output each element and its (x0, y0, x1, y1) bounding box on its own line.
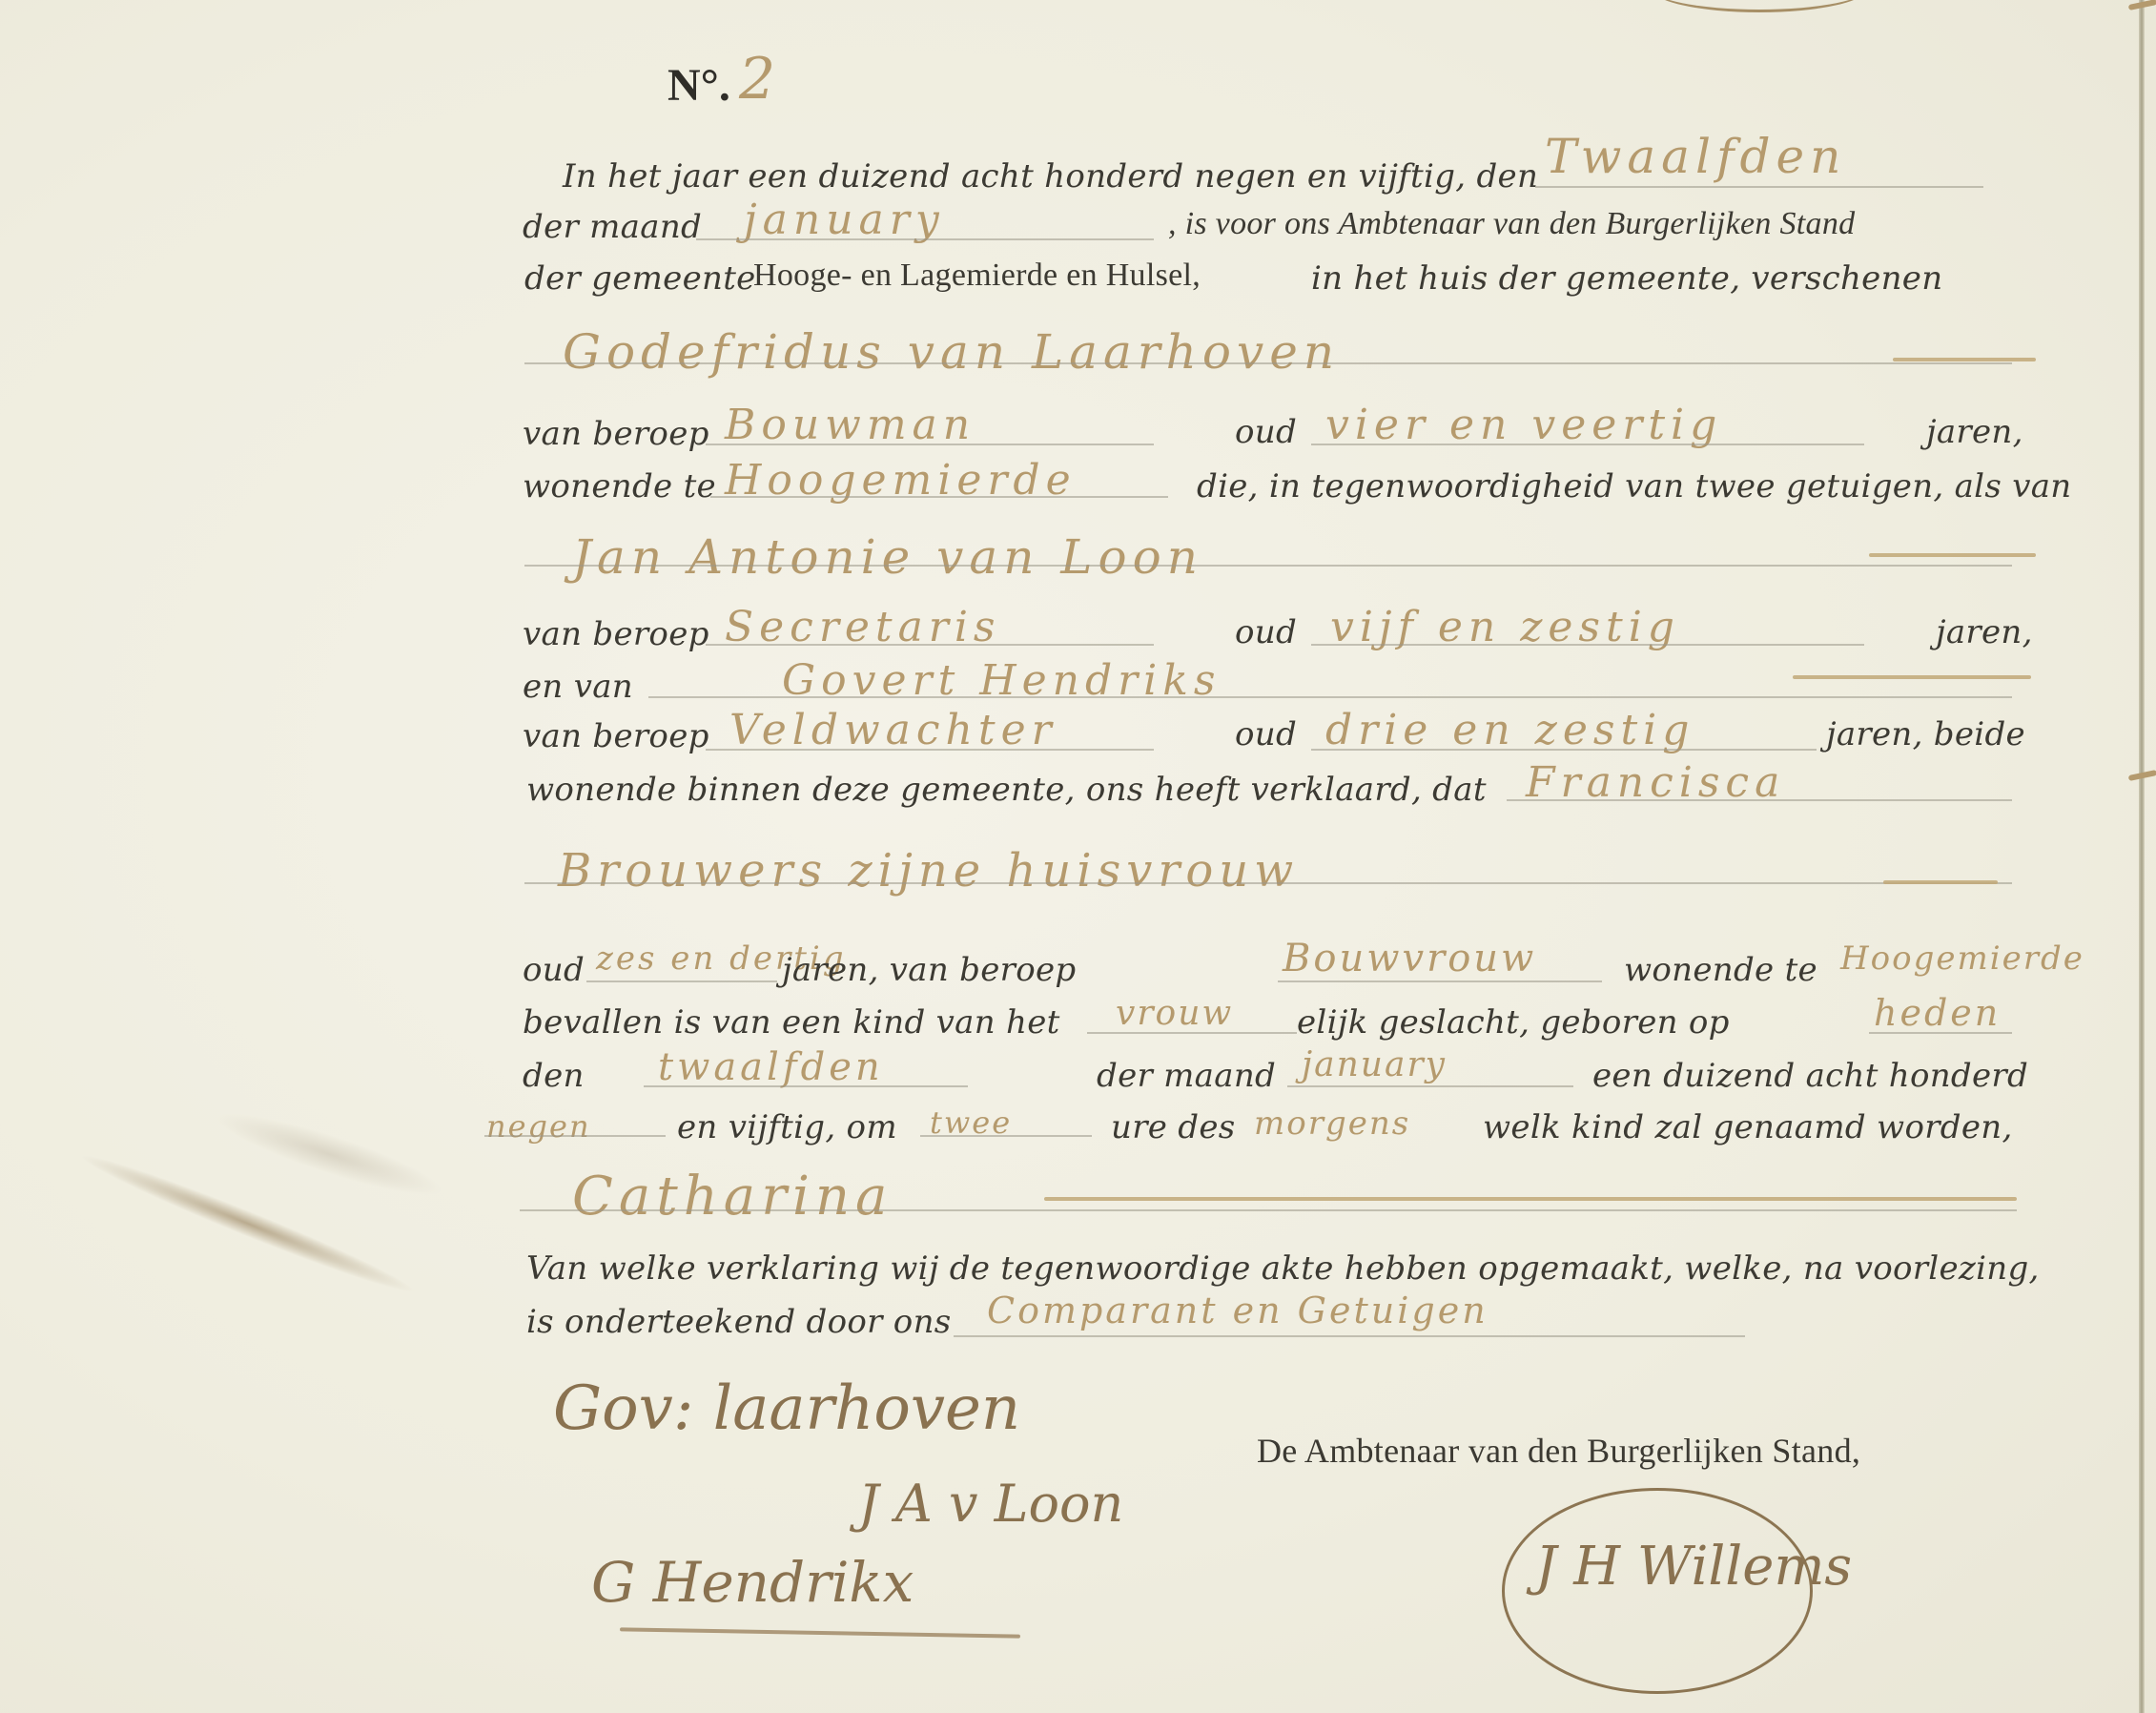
printed-text: oud (1235, 413, 1297, 451)
printed-text: jaren, (1936, 613, 2033, 651)
printed-text: die, in tegenwoordigheid van twee getuig… (1197, 467, 2071, 506)
printed-text: der maand (523, 208, 702, 246)
handwritten-mother-occupation: Bouwvrouw (1283, 937, 1536, 980)
printed-text: in het huis der gemeente, verschenen (1311, 259, 1942, 298)
record-number-label: N°. (667, 59, 730, 112)
fill-line (706, 444, 1154, 445)
handwritten-day: Twaalfden (1545, 129, 1846, 184)
ink-dash (1893, 358, 2036, 361)
ink-dash (1869, 553, 2036, 557)
handwritten-child-name: Catharina (572, 1166, 893, 1228)
fill-line (520, 1209, 2017, 1211)
signature-comparant: Gov: laarhoven (553, 1373, 1020, 1444)
fill-line (954, 1335, 1745, 1337)
handwritten-father-name: Godefridus van Laarhoven (563, 324, 1340, 380)
fill-line (524, 362, 2012, 364)
ink-dash (1793, 675, 2031, 679)
fill-line (710, 496, 1168, 498)
printed-text: welk kind zal genaamd worden, (1483, 1108, 2013, 1146)
fill-line (1311, 749, 1817, 751)
official-title: De Ambtenaar van den Burgerlijken Stand, (1257, 1431, 1860, 1471)
printed-text: wonende te (1624, 951, 1817, 989)
fill-line (648, 696, 2012, 698)
municipality-name: Hooge- en Lagemierde en Hulsel, (753, 258, 1201, 294)
printed-text: In het jaar een duizend acht honderd neg… (563, 157, 1538, 196)
handwritten-month: january (744, 196, 945, 244)
document-page: N°. 2 In het jaar een duizend acht honde… (0, 0, 2156, 1713)
signature-official: J H Willems (1535, 1536, 1852, 1598)
fill-line (1535, 186, 1983, 188)
signature-flourish (620, 1627, 1020, 1638)
handwritten-age: vier en veertig (1325, 401, 1722, 449)
handwritten-birth-day-ref: heden (1874, 992, 2001, 1034)
fill-line (1278, 980, 1602, 982)
binding-spine (2139, 0, 2145, 1713)
record-number-value: 2 (739, 46, 775, 113)
handwritten-mother-surname: Brouwers zijne huisvrouw (558, 844, 1299, 898)
ink-dash (1044, 1197, 2017, 1201)
printed-text: den (523, 1057, 585, 1095)
printed-text: oud (1235, 715, 1297, 753)
printed-text: oud (1235, 613, 1297, 651)
handwritten-witness-2-age: drie en zestig (1325, 706, 1694, 754)
printed-text: Van welke verklaring wij de tegenwoordig… (526, 1249, 2040, 1288)
ink-dash (1883, 880, 1998, 884)
handwritten-witness-1-name: Jan Antonie van Loon (572, 529, 1203, 585)
fill-line (1087, 1032, 1297, 1034)
printed-text: is onderteekend door ons (526, 1303, 952, 1341)
fill-line (696, 238, 1154, 240)
fill-line (1287, 1085, 1573, 1087)
handwritten-time-of-day: morgens (1254, 1104, 1410, 1143)
fill-line (1311, 644, 1864, 646)
handwritten-birth-month: january (1302, 1045, 1447, 1084)
printed-text: der maand (1097, 1057, 1276, 1095)
fill-line (706, 644, 1154, 646)
fill-line (644, 1085, 968, 1087)
signature-witness-1: J A v Loon (858, 1474, 1123, 1534)
printed-text: en van (523, 668, 633, 706)
printed-text: een duizend acht honderd (1592, 1057, 2028, 1095)
handwritten-mother-residence: Hoogemierde (1840, 939, 2084, 978)
fill-line (1869, 1032, 2012, 1034)
fill-line (920, 1135, 1092, 1137)
printed-text: , is voor ons Ambtenaar van den Burgerli… (1168, 206, 1855, 242)
handwritten-birth-day: twaalfden (658, 1045, 884, 1089)
fill-line (706, 749, 1154, 751)
fill-line (1311, 444, 1864, 445)
printed-text: jaren, beide (1826, 715, 2025, 753)
printed-text: wonende binnen deze gemeente, ons heeft … (526, 771, 1487, 809)
fill-line (524, 882, 2012, 884)
page-edge-flourish (1650, 0, 1869, 12)
printed-text: bevallen is van een kind van het (523, 1003, 1060, 1042)
signature-witness-2: G Hendrikx (591, 1550, 914, 1615)
printed-text: oud (523, 951, 585, 989)
printed-text: wonende te (523, 467, 716, 506)
handwritten-sex: vrouw (1116, 994, 1233, 1033)
printed-text: van beroep (523, 615, 709, 653)
fill-line (586, 980, 777, 982)
handwritten-occupation: Bouwman (725, 401, 975, 449)
printed-text: en vijftig, om (677, 1108, 897, 1146)
handwritten-witness-2-occupation: Veldwachter (729, 706, 1057, 754)
printed-text: ure des (1111, 1108, 1236, 1146)
handwritten-signatories: Comparant en Getuigen (987, 1290, 1489, 1331)
printed-text: der gemeente (524, 259, 756, 298)
printed-text: van beroep (523, 717, 709, 755)
printed-text: jaren, van beroep (782, 951, 1076, 989)
fill-line (524, 565, 2012, 567)
printed-text: jaren, (1926, 413, 2023, 451)
handwritten-year-part: negen (486, 1108, 591, 1145)
bleed-through-mark (210, 1099, 448, 1208)
printed-text: elijk geslacht, geboren op (1297, 1003, 1730, 1042)
fill-line (1507, 799, 2012, 801)
fill-line (484, 1135, 666, 1137)
printed-text: van beroep (523, 415, 709, 453)
